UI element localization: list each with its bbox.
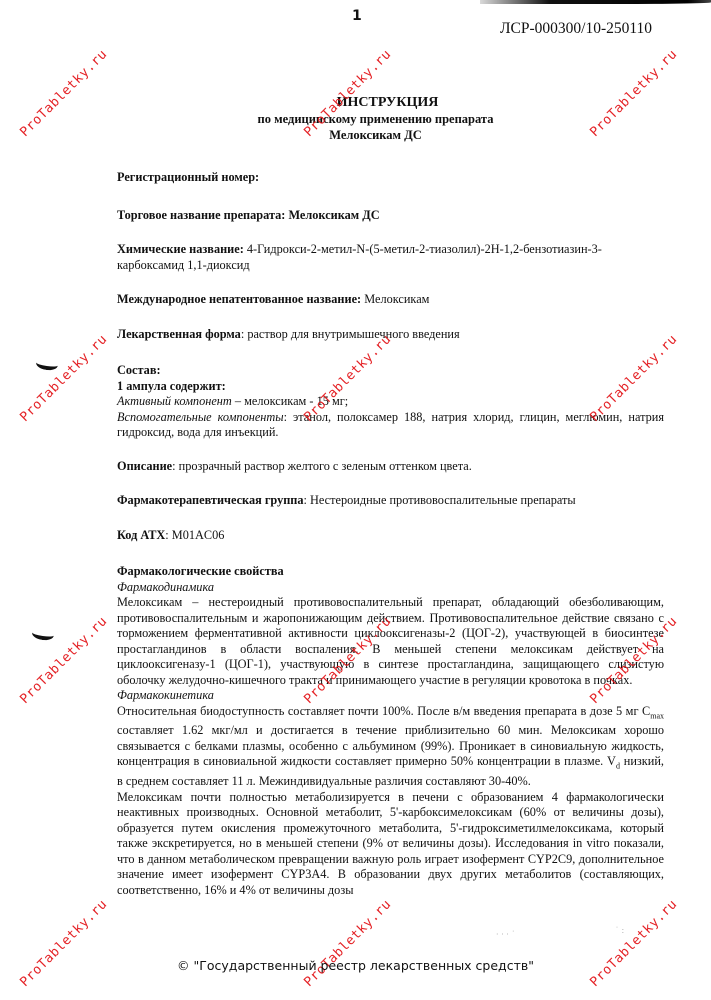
dosage-form-field: Лекарственная форма: раствор для внутрим… [117,327,664,343]
scan-mark [31,627,54,642]
inn-field: Международное непатентованное название: … [117,292,664,308]
title-line-1: ИНСТРУКЦИЯ [64,95,711,111]
document-body: Регистрационный номер: Торговое название… [117,170,664,898]
watermark: ProTabletky.ru [301,897,394,990]
watermark: ProTabletky.ru [17,614,110,707]
document-title: ИНСТРУКЦИЯ по медицинскому применению пр… [0,95,711,143]
excipients: Вспомогательные компоненты: этанол, поло… [117,410,664,441]
pharmacodynamics-text: Мелоксикам – нестероидный противовоспали… [117,595,664,688]
composition-heading: Состав: [117,363,664,379]
watermark: ProTabletky.ru [587,897,680,990]
scan-mark [35,357,58,372]
title-line-2: по медицинскому применению препарата [40,111,711,127]
scan-speck: · · · ˙ [496,930,515,939]
watermark: ProTabletky.ru [17,332,110,425]
title-line-3: Мелоксикам ДС [40,127,711,143]
chemical-name-field: Химические название: 4-Гидрокси-2-метил-… [117,242,664,273]
active-component: Активный компонент – мелоксикам - 15 мг; [117,394,664,410]
watermark: ProTabletky.ru [17,897,110,990]
pharmacology-section: Фармакологические свойства Фармакодинами… [117,564,664,898]
pharmacokinetics-text-1: Относительная биодоступность составляет … [117,704,664,790]
pharm-group-field: Фармакотерапевтическая группа: Нестероид… [117,493,664,509]
pharmacodynamics-heading: Фармакодинамика [117,580,664,596]
scan-speck: ˙ : [615,926,624,935]
page-number: 1 [352,8,362,24]
ampoule-contains: 1 ампула содержит: [117,379,664,395]
pharmacokinetics-text-2: Мелоксикам почти полностью метаболизируе… [117,790,664,899]
scan-artifact-bar [480,0,711,4]
atc-code-field: Код АТХ: M01AC06 [117,528,664,544]
composition-section: Состав: 1 ампула содержит: Активный комп… [117,363,664,441]
pharmacokinetics-heading: Фармакокинетика [117,688,664,704]
pharmacology-heading: Фармакологические свойства [117,564,664,580]
description-field: Описание: прозрачный раствор желтого с з… [117,459,664,475]
trade-name-field: Торговое название препарата: Мелоксикам … [117,208,664,224]
copyright-footer: © "Государственный реестр лекарственных … [0,958,711,973]
registration-code: ЛСР-000300/10-250110 [500,20,652,38]
registration-number-field: Регистрационный номер: [117,170,664,186]
